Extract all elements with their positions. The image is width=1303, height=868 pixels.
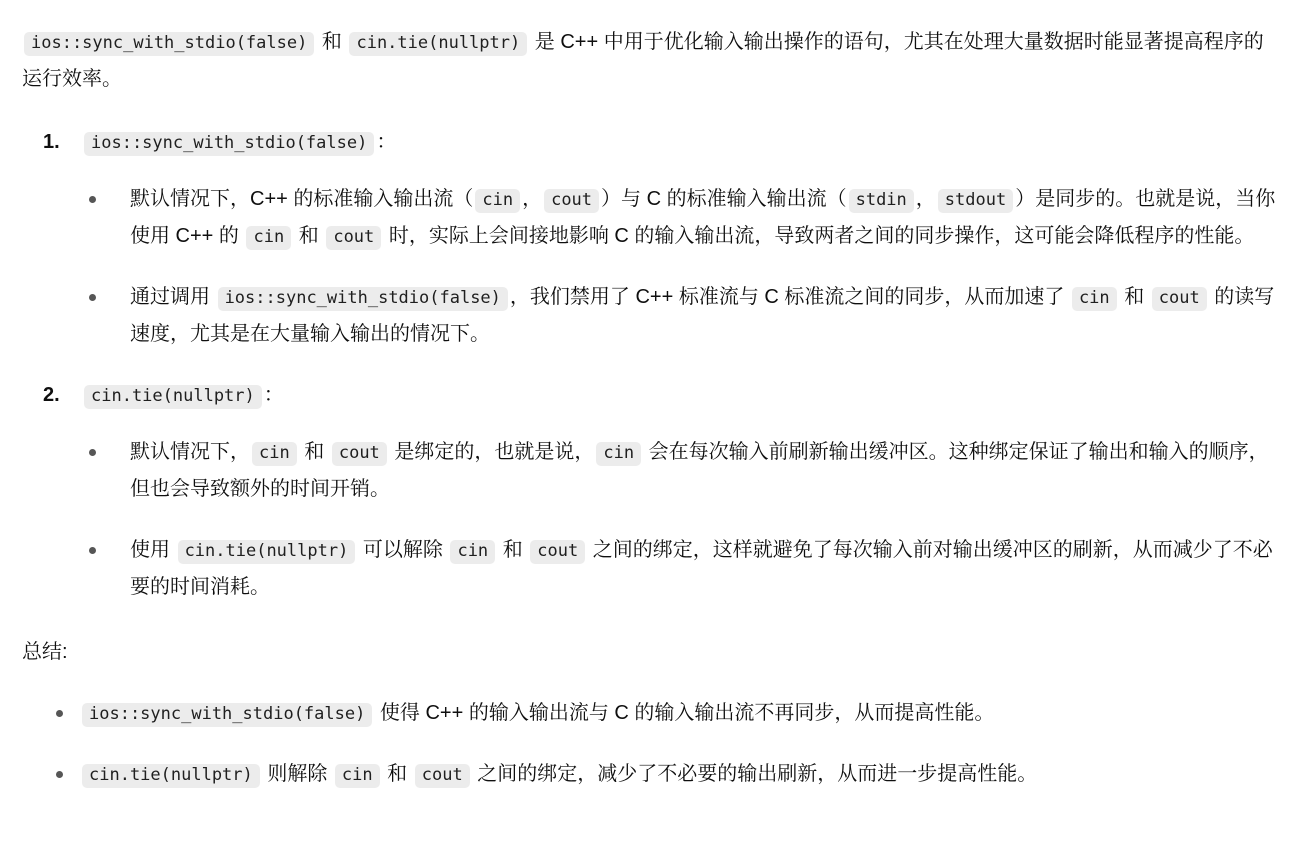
inline-code: cout [332, 442, 387, 466]
text-run: 使用 [130, 539, 176, 561]
inline-code: cin [596, 442, 641, 466]
list-item-2: 2. cin.tie(nullptr)： 默认情况下，cin 和 cout 是绑… [22, 377, 1277, 606]
list-item-1-body: ios::sync_with_stdio(false)： 默认情况下，C++ 的… [82, 124, 1277, 353]
list-item-1-number: 1. [43, 124, 82, 353]
text-run: ： [264, 384, 284, 406]
inline-code: cin.tie(nullptr) [84, 385, 262, 409]
bullet-text: 默认情况下，cin 和 cout 是绑定的，也就是说，cin 会在每次输入前刷新… [130, 434, 1277, 508]
inline-code: cout [326, 226, 381, 250]
inline-code: cout [1152, 287, 1207, 311]
inline-code: stdin [849, 189, 914, 213]
inline-code: ios::sync_with_stdio(false) [82, 703, 372, 727]
bullet-text: 使用 cin.tie(nullptr) 可以解除 cin 和 cout 之间的绑… [130, 532, 1277, 606]
markdown-document: ios::sync_with_stdio(false) 和 cin.tie(nu… [22, 24, 1277, 793]
inline-code: cout [530, 540, 585, 564]
summary-bullet-item: cin.tie(nullptr) 则解除 cin 和 cout 之间的绑定，减少… [22, 756, 1277, 793]
summary-bullet-text: ios::sync_with_stdio(false) 使得 C++ 的输入输出… [80, 695, 1277, 732]
text-run: ： [376, 131, 396, 153]
inline-code: cin.tie(nullptr) [178, 540, 356, 564]
inline-code: cout [415, 764, 470, 788]
bullet-item: 使用 cin.tie(nullptr) 可以解除 cin 和 cout 之间的绑… [82, 532, 1277, 606]
text-run: 时，实际上会间接地影响 C 的输入输出流，导致两者之间的同步操作，这可能会降低程… [383, 225, 1254, 247]
text-run: ）与 C 的标准输入输出流（ [601, 188, 847, 210]
inline-code: cout [544, 189, 599, 213]
bullet-dot-icon [89, 547, 96, 554]
text-run: 默认情况下，C++ 的标准输入输出流（ [130, 188, 473, 210]
bullet-dot-icon [56, 771, 63, 778]
inline-code: ios::sync_with_stdio(false) [24, 32, 314, 56]
list-item-2-sublist: 默认情况下，cin 和 cout 是绑定的，也就是说，cin 会在每次输入前刷新… [82, 434, 1277, 606]
inline-code: cin [335, 764, 380, 788]
text-run: 之间的绑定，减少了不必要的输出刷新，从而进一步提高性能。 [472, 763, 1038, 785]
inline-code: cin [246, 226, 291, 250]
inline-code: cin.tie(nullptr) [349, 32, 527, 56]
text-run: 使得 C++ 的输入输出流与 C 的输入输出流不再同步，从而提高性能。 [374, 702, 994, 724]
summary-list: ios::sync_with_stdio(false) 使得 C++ 的输入输出… [22, 695, 1277, 793]
inline-code: ios::sync_with_stdio(false) [84, 132, 374, 156]
text-run: 和 [293, 225, 324, 247]
list-item-1-title: ios::sync_with_stdio(false)： [82, 124, 1277, 161]
text-run: 和 [316, 31, 347, 53]
list-item-2-body: cin.tie(nullptr)： 默认情况下，cin 和 cout 是绑定的，… [82, 377, 1277, 606]
bullet-text: 默认情况下，C++ 的标准输入输出流（cin，cout）与 C 的标准输入输出流… [130, 181, 1277, 255]
text-run: 可以解除 [357, 539, 448, 561]
ordered-list: 1. ios::sync_with_stdio(false)： 默认情况下，C+… [22, 124, 1277, 606]
bullet-item: 默认情况下，cin 和 cout 是绑定的，也就是说，cin 会在每次输入前刷新… [82, 434, 1277, 508]
bullet-dot-icon [56, 710, 63, 717]
summary-bullet-text: cin.tie(nullptr) 则解除 cin 和 cout 之间的绑定，减少… [80, 756, 1277, 793]
inline-code: cin.tie(nullptr) [82, 764, 260, 788]
inline-code: cin [252, 442, 297, 466]
list-item-2-number: 2. [43, 377, 82, 606]
inline-code: cin [475, 189, 520, 213]
text-run: 是绑定的，也就是说， [389, 441, 595, 463]
text-run: 和 [299, 441, 330, 463]
bullet-dot-icon [89, 449, 96, 456]
text-run: ， [522, 188, 542, 210]
bullet-text: 通过调用 ios::sync_with_stdio(false)，我们禁用了 C… [130, 279, 1277, 353]
inline-code: cin [450, 540, 495, 564]
summary-heading: 总结: [22, 634, 1277, 671]
text-run: ， [916, 188, 936, 210]
text-run: 和 [1119, 286, 1150, 308]
text-run: ，我们禁用了 C++ 标准流与 C 标准流之间的同步，从而加速了 [510, 286, 1070, 308]
inline-code: stdout [938, 189, 1013, 213]
list-item-1: 1. ios::sync_with_stdio(false)： 默认情况下，C+… [22, 124, 1277, 353]
text-run: 则解除 [262, 763, 333, 785]
list-item-1-sublist: 默认情况下，C++ 的标准输入输出流（cin，cout）与 C 的标准输入输出流… [82, 181, 1277, 353]
text-run: 默认情况下， [130, 441, 250, 463]
text-run: 和 [382, 763, 413, 785]
inline-code: ios::sync_with_stdio(false) [218, 287, 508, 311]
inline-code: cin [1072, 287, 1117, 311]
text-run: 和 [497, 539, 528, 561]
bullet-item: 默认情况下，C++ 的标准输入输出流（cin，cout）与 C 的标准输入输出流… [82, 181, 1277, 255]
bullet-dot-icon [89, 196, 96, 203]
text-run: 通过调用 [130, 286, 216, 308]
list-item-2-title: cin.tie(nullptr)： [82, 377, 1277, 414]
summary-bullet-item: ios::sync_with_stdio(false) 使得 C++ 的输入输出… [22, 695, 1277, 732]
intro-paragraph: ios::sync_with_stdio(false) 和 cin.tie(nu… [22, 24, 1277, 98]
bullet-item: 通过调用 ios::sync_with_stdio(false)，我们禁用了 C… [82, 279, 1277, 353]
bullet-dot-icon [89, 294, 96, 301]
